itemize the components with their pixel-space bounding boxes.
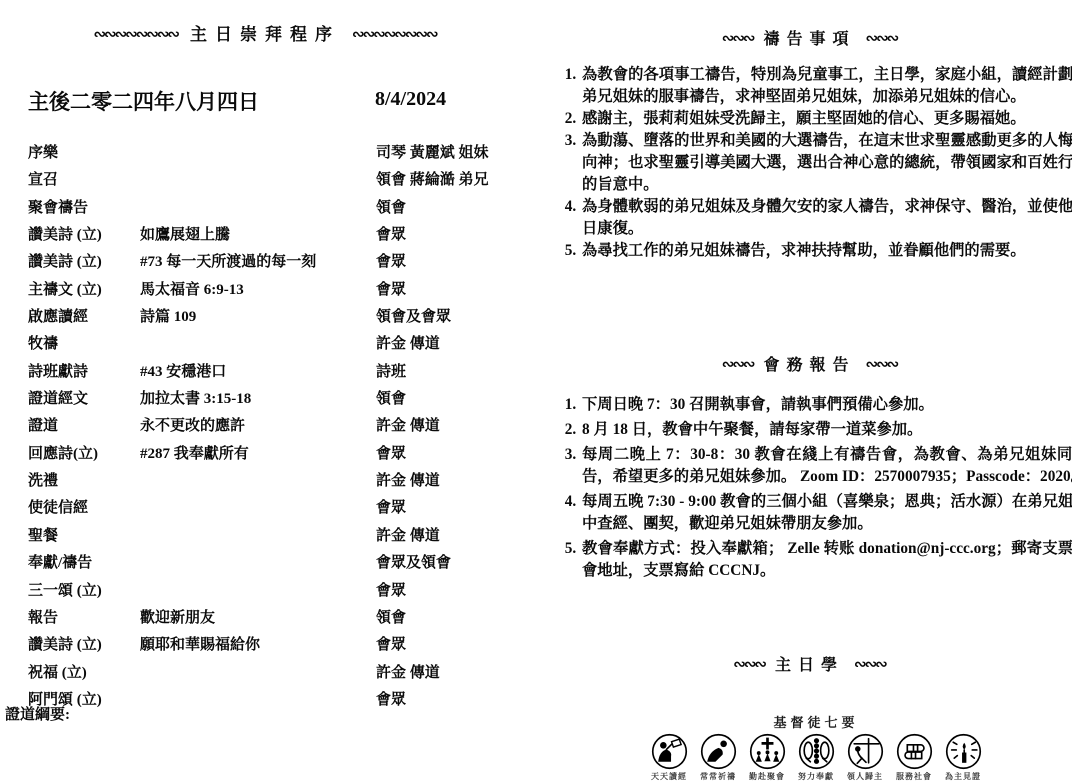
logo-item-label: 服務社會 (896, 771, 932, 781)
program-item: 回應詩(立) (28, 442, 140, 463)
candle-witness-icon (945, 733, 982, 770)
prayer-item: 為身體軟弱的弟兄姐妹及身體欠安的家人禱告，求神保守、醫治，並使他們早日康復。 (580, 196, 1072, 240)
prayer-section-title: 禱告事項 (763, 31, 855, 48)
program-desc: 馬太福音 6:9-13 (140, 278, 376, 299)
logo-icons-row: 天天讀經 常常祈禱 勤赴聚會 (646, 733, 986, 781)
program-item: 三一頌 (立) (28, 579, 140, 600)
program-row: 奉獻/禱告會眾及領會 (28, 551, 465, 578)
program-row: 洗禮許金 傳道 (28, 469, 465, 496)
program-row: 回應詩(立)#287 我奉獻所有會眾 (28, 442, 465, 469)
program-table: 序樂司琴 黃麗斌 姐妹 宣召領會 蔣綸澔 弟兄 聚會禱告領會 讚美詩 (立)如鷹… (28, 141, 465, 715)
program-item: 讚美詩 (立) (28, 250, 140, 271)
program-role: 會眾 (376, 633, 465, 654)
program-desc: 如鷹展翅上騰 (140, 223, 376, 244)
date-chinese: 主後二零二四年八月四日 (28, 86, 259, 116)
program-row: 聖餐許金 傳道 (28, 524, 465, 551)
program-row: 使徒信經會眾 (28, 496, 465, 523)
report-item: 8 月 18 日，教會中午聚餐，請每家帶一道菜參加。 (580, 419, 1072, 441)
sermon-outline-label: 證道綱要: (5, 703, 70, 724)
report-item: 每周五晚 7:30 - 9:00 教會的三個小組（喜樂泉；恩典；活水源）在弟兄姐… (580, 491, 1072, 535)
program-row: 聚會禱告領會 (28, 196, 465, 223)
prayer-section-header: ∾∾∾禱告事項∾∾∾ (547, 26, 1072, 49)
program-item: 證道經文 (28, 387, 140, 408)
sunday-school-section-title: 主日學 (775, 657, 844, 674)
program-row: 啟應讀經詩篇 109領會及會眾 (28, 305, 465, 332)
program-role: 會眾及領會 (376, 551, 465, 572)
program-role: 許金 傳道 (376, 469, 465, 490)
program-desc: 詩篇 109 (140, 305, 376, 326)
program-row: 詩班獻詩#43 安穩港口詩班 (28, 360, 465, 387)
program-role: 會眾 (376, 223, 465, 244)
program-desc: 願耶和華賜福給你 (140, 633, 376, 654)
program-item: 啟應讀經 (28, 305, 140, 326)
program-item: 使徒信經 (28, 496, 140, 517)
program-item: 奉獻/禱告 (28, 551, 140, 572)
logo-item: 天天讀經 (647, 733, 692, 781)
program-role: 領會 (376, 606, 465, 627)
program-role: 詩班 (376, 360, 465, 381)
program-item: 讚美詩 (立) (28, 633, 140, 654)
report-item: 下周日晚 7：30 召開執事會，請執事們預備心參加。 (580, 394, 1072, 416)
fish-offering-icon (798, 733, 835, 770)
program-role: 司琴 黃麗斌 姐妹 (376, 141, 489, 162)
program-row: 證道永不更改的應許許金 傳道 (28, 414, 465, 441)
worship-header: ∾∾∾∾∾∾∾∾主日崇拜程序∾∾∾∾∾∾∾∾ (60, 20, 470, 45)
prayer-item: 感謝主，張莉莉姐妹受洗歸主，願主堅固她的信心、更多賜福她。 (580, 108, 1072, 130)
bulletin-page: ∾∾∾∾∾∾∾∾主日崇拜程序∾∾∾∾∾∾∾∾ 主後二零二四年八月四日 8/4/2… (0, 0, 1072, 781)
program-item: 讚美詩 (立) (28, 223, 140, 244)
program-row: 證道經文加拉太書 3:15-18領會 (28, 387, 465, 414)
program-row: 讚美詩 (立)願耶和華賜福給你會眾 (28, 633, 465, 660)
program-item: 主禱文 (立) (28, 278, 140, 299)
logo-item-label: 為主見證 (945, 771, 981, 781)
ornament-icon: ∾∾∾ (866, 355, 898, 373)
program-row: 讚美詩 (立)如鷹展翅上騰會眾 (28, 223, 465, 250)
ornament-icon: ∾∾∾ (733, 655, 765, 673)
report-list: 下周日晚 7：30 召開執事會，請執事們預備心參加。 8 月 18 日，教會中午… (547, 394, 1072, 585)
logo-item-label: 領人歸主 (847, 771, 883, 781)
program-item: 洗禮 (28, 469, 140, 490)
program-item: 牧禱 (28, 332, 140, 353)
ornament-icon: ∾∾∾∾∾∾∾∾ (93, 25, 178, 43)
program-role: 會眾 (376, 688, 465, 709)
logo-item-label: 努力奉獻 (798, 771, 834, 781)
program-role: 許金 傳道 (376, 414, 465, 435)
ornament-icon: ∾∾∾ (854, 655, 886, 673)
report-section-title: 會務報告 (763, 357, 855, 374)
program-item: 宣召 (28, 168, 140, 189)
logo-item: 服務社會 (892, 733, 937, 781)
ornament-icon: ∾∾∾∾∾∾∾∾ (352, 25, 437, 43)
prayer-item: 為教會的各項事工禱告，特別為兒童事工，主日學，家庭小組，讀經計劃，及弟兄姐妹的服… (580, 64, 1072, 108)
prayer-item: 為尋找工作的弟兄姐妹禱告，求神扶持幫助，並眷顧他們的需要。 (580, 240, 1072, 262)
program-desc: 歡迎新朋友 (140, 606, 376, 627)
program-role: 領會 蔣綸澔 弟兄 (376, 168, 489, 189)
program-role: 許金 傳道 (376, 332, 465, 353)
logo-item: 為主見證 (941, 733, 986, 781)
program-row: 主禱文 (立)馬太福音 6:9-13會眾 (28, 278, 465, 305)
program-role: 會眾 (376, 250, 465, 271)
page-title: 主日崇拜程序 (190, 25, 340, 44)
program-item: 序樂 (28, 141, 140, 162)
ornament-icon: ∾∾∾ (722, 355, 754, 373)
prayer-item: 為動蕩、墮落的世界和美國的大選禱告，在這末世求聖靈感動更多的人悔改歸向神；也求聖… (580, 130, 1072, 196)
church-gathering-icon (749, 733, 786, 770)
logo-item: 領人歸主 (843, 733, 888, 781)
program-item: 證道 (28, 414, 140, 435)
praying-icon (700, 733, 737, 770)
program-desc: #43 安穩港口 (140, 360, 376, 381)
report-item: 教會奉獻方式：投入奉獻箱； Zelle 转账 donation@nj-ccc.o… (580, 538, 1072, 582)
logo-item-label: 勤赴聚會 (749, 771, 785, 781)
program-row: 報告歡迎新朋友領會 (28, 606, 465, 633)
reading-bible-icon (651, 733, 688, 770)
program-desc: 永不更改的應許 (140, 414, 376, 435)
report-section-header: ∾∾∾會務報告∾∾∾ (547, 352, 1072, 375)
program-role: 領會及會眾 (376, 305, 465, 326)
program-role: 許金 傳道 (376, 524, 465, 545)
ornament-icon: ∾∾∾ (866, 29, 898, 47)
program-role: 會眾 (376, 496, 465, 517)
program-role: 領會 (376, 387, 465, 408)
logo-item: 勤赴聚會 (745, 733, 790, 781)
program-item: 祝福 (立) (28, 661, 140, 682)
program-desc: #287 我奉獻所有 (140, 442, 376, 463)
person-cross-icon (847, 733, 884, 770)
report-item: 每周二晚上 7：30-8：30 教會在綫上有禱告會，為教會、為弟兄姐妹同心禱告，… (580, 444, 1072, 488)
program-row: 序樂司琴 黃麗斌 姐妹 (28, 141, 465, 168)
program-desc: 加拉太書 3:15-18 (140, 387, 376, 408)
sunday-school-section-header: ∾∾∾主日學∾∾∾ (547, 652, 1072, 675)
date-numeric: 8/4/2024 (375, 88, 446, 111)
logo-item: 努力奉獻 (794, 733, 839, 781)
program-row: 祝福 (立)許金 傳道 (28, 661, 465, 688)
program-row: 讚美詩 (立)#73 每一天所渡過的每一刻會眾 (28, 250, 465, 277)
program-item: 聚會禱告 (28, 196, 140, 217)
logo-item-label: 常常祈禱 (700, 771, 736, 781)
program-row: 宣召領會 蔣綸澔 弟兄 (28, 168, 465, 195)
prayer-list: 為教會的各項事工禱告，特別為兒童事工，主日學，家庭小組，讀經計劃，及弟兄姐妹的服… (547, 64, 1072, 262)
program-item: 詩班獻詩 (28, 360, 140, 381)
program-role: 會眾 (376, 579, 465, 600)
logo-item: 常常祈禱 (696, 733, 741, 781)
program-row: 三一頌 (立)會眾 (28, 579, 465, 606)
program-role: 許金 傳道 (376, 661, 465, 682)
ornament-icon: ∾∾∾ (722, 29, 754, 47)
program-role: 會眾 (376, 278, 465, 299)
serving-hands-icon (896, 733, 933, 770)
program-role: 領會 (376, 196, 465, 217)
program-item: 聖餐 (28, 524, 140, 545)
logo-title: 基督徒七要 (646, 712, 986, 731)
program-role: 會眾 (376, 442, 465, 463)
logo-item-label: 天天讀經 (651, 771, 687, 781)
program-desc: #73 每一天所渡過的每一刻 (140, 250, 376, 271)
program-item: 報告 (28, 606, 140, 627)
program-row: 阿門頌 (立)會眾 (28, 688, 465, 715)
program-row: 牧禱許金 傳道 (28, 332, 465, 359)
seven-essentials-logo: 基督徒七要 天天讀經 常常祈禱 (646, 712, 986, 781)
